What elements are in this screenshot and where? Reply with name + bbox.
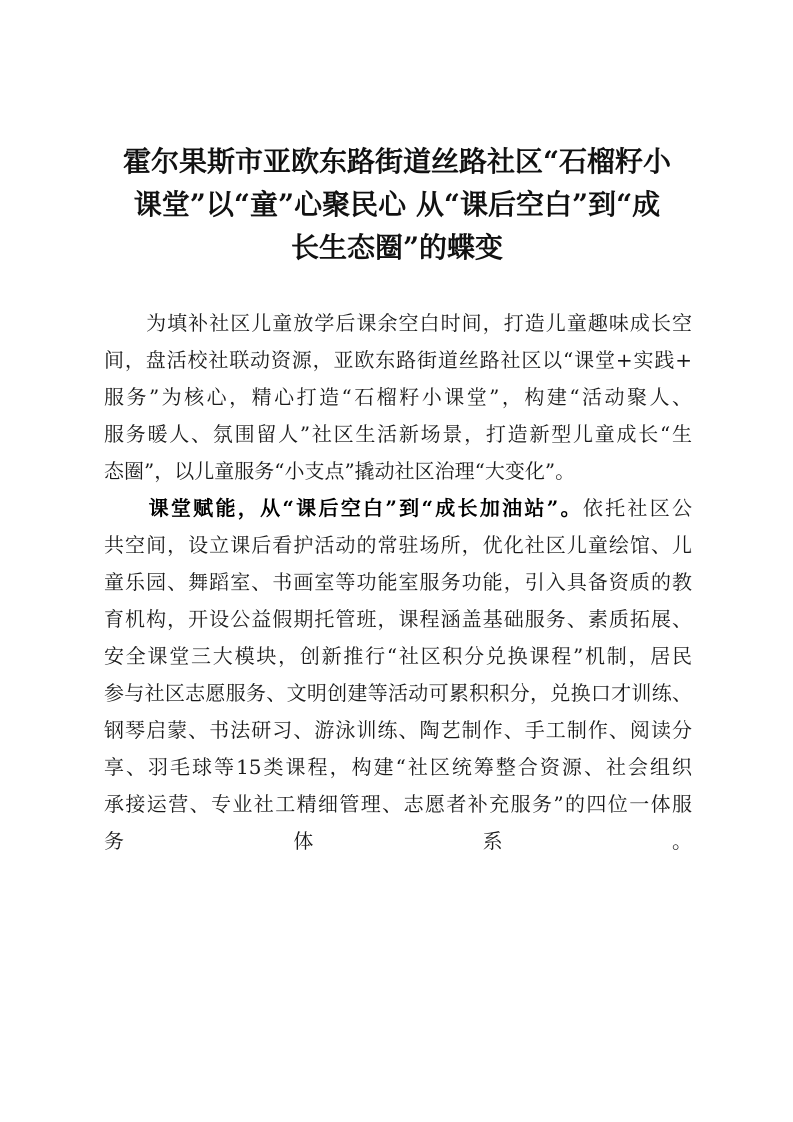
last-line-char: 。 bbox=[672, 823, 692, 860]
section-heading: 课堂赋能，从“课后空白”到“成长加油站”。 bbox=[149, 496, 583, 520]
title-line-1: 霍尔果斯市亚欧东路街道丝路社区“石榴籽小 bbox=[96, 140, 698, 183]
document-title: 霍尔果斯市亚欧东路街道丝路社区“石榴籽小 课堂”以“童”心聚民心 从“课后空白”… bbox=[96, 140, 698, 269]
paragraph-first-line: 课堂赋能，从“课后空白”到“成长加油站”。依托社区公 bbox=[104, 490, 692, 527]
paragraph-intro: 为填补社区儿童放学后课余空白时间，打造儿童趣味成长空 间，盘活校社联动资源，亚欧… bbox=[104, 305, 692, 490]
paragraph-last-line: 务 体 系 。 bbox=[104, 823, 692, 860]
paragraph-line: 安全课堂三大模块，创新推行“社区积分兑换课程”机制，居民 bbox=[104, 638, 692, 675]
paragraph-line: 间，盘活校社联动资源，亚欧东路街道丝路社区以“课堂+实践+ bbox=[104, 342, 692, 379]
last-line-char: 体 bbox=[293, 823, 313, 860]
paragraph-line: 钢琴启蒙、书法研习、游泳训练、陶艺制作、手工制作、阅读分 bbox=[104, 712, 692, 749]
title-line-2: 课堂”以“童”心聚民心 从“课后空白”到“成 bbox=[96, 183, 698, 226]
paragraph-line: 享、羽毛球等15类课程，构建“社区统筹整合资源、社会组织 bbox=[104, 749, 692, 786]
paragraph-line: 共空间，设立课后看护活动的常驻场所，优化社区儿童绘馆、儿 bbox=[104, 527, 692, 564]
paragraph-line: 育机构，开设公益假期托管班，课程涵盖基础服务、素质拓展、 bbox=[104, 601, 692, 638]
last-line-char: 系 bbox=[483, 823, 503, 860]
document-body: 为填补社区儿童放学后课余空白时间，打造儿童趣味成长空 间，盘活校社联动资源，亚欧… bbox=[104, 305, 692, 860]
document-page: 霍尔果斯市亚欧东路街道丝路社区“石榴籽小 课堂”以“童”心聚民心 从“课后空白”… bbox=[0, 0, 793, 1122]
first-line-rest: 依托社区公 bbox=[583, 496, 692, 520]
paragraph-line: 态圈”，以儿童服务“小支点”撬动社区治理“大变化”。 bbox=[104, 453, 692, 490]
last-line-char: 务 bbox=[104, 823, 124, 860]
paragraph-line: 承接运营、专业社工精细管理、志愿者补充服务”的四位一体服 bbox=[104, 786, 692, 823]
paragraph-line: 为填补社区儿童放学后课余空白时间，打造儿童趣味成长空 bbox=[104, 305, 692, 342]
paragraph-line: 参与社区志愿服务、文明创建等活动可累积积分，兑换口才训练、 bbox=[104, 675, 692, 712]
paragraph-classroom: 课堂赋能，从“课后空白”到“成长加油站”。依托社区公 共空间，设立课后看护活动的… bbox=[104, 490, 692, 860]
paragraph-line: 童乐园、舞蹈室、书画室等功能室服务功能，引入具备资质的教 bbox=[104, 564, 692, 601]
paragraph-line: 服务”为核心，精心打造“石榴籽小课堂”，构建“活动聚人、 bbox=[104, 379, 692, 416]
title-line-3: 长生态圈”的蝶变 bbox=[96, 226, 698, 269]
paragraph-line: 服务暖人、氛围留人”社区生活新场景，打造新型儿童成长“生 bbox=[104, 416, 692, 453]
